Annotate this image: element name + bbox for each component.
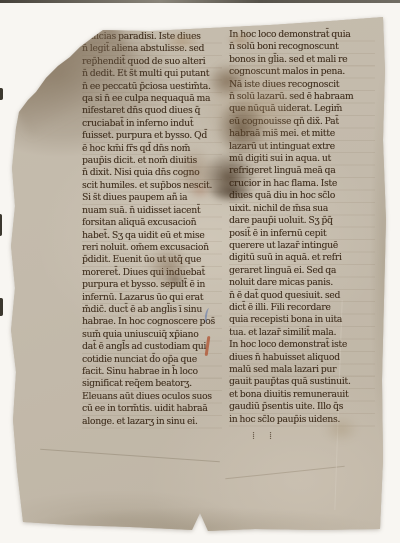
manuscript-text-line: gauit paup̄tas quā sustinuit. [229,376,375,388]
manuscript-text-line: n̄ dedit. Et s̄t multi qui putant [82,68,222,80]
manuscript-text-line: rep̄hendit̄ quod de suo alteri [82,56,222,68]
manuscript-text-line: nuam suā. n̄ uidisset iacent̄ [82,205,222,217]
manuscript-text-line: querere ut lazar̄ intinguē [229,240,375,252]
manuscript-text-line: que nūquā uiderat. Legim̄ [229,103,375,115]
manuscript-photo: diuicias paradisi. Iste diuesn̄ legit̄ a… [0,0,400,543]
manuscript-text-line: geraret linguā ei. Sed qa [229,265,375,277]
manuscript-text-line: sum̄ quia uniuscuiq̄ xp̄iano [82,329,222,341]
parchment-crease-2 [225,466,344,480]
manuscript-text-line: paup̄is dicit. et nom̄ diuitis [82,155,222,167]
manuscript-text-line: forsitan aliquā excusacion̄ [82,217,222,229]
manuscript-text-line: diuicias paradisi. Iste diues [82,31,222,43]
manuscript-text-line: m̄dic̄. duct̄ ē ab angl̄is ī sinu [82,304,222,316]
manuscript-text-line: cotidie nunciat d̄o op̄a que [82,354,222,366]
manuscript-text-line: dat̄ ē angl̄s ad custodiam qui [82,341,222,353]
manuscript-text-line: n̄ legit̄ aliena abstulisse. sed [82,43,222,55]
manuscript-text-line: tua. et lazar̄ similit̄ mala. [229,327,375,339]
correction-dots: ⁞⁞ [252,429,286,442]
manuscript-text-line: facit. Sinu habrae in h̄ loco [82,366,222,378]
manuscript-text-line: n̄ solū lazarū. sed ē habraam [229,91,375,103]
text-column-left: diuicias paradisi. Iste diuesn̄ legit̄ a… [82,31,222,429]
manuscript-text-line: infernū. Lazarus ūo qui erat [82,292,222,304]
manuscript-text-line: nifestaret dn̄s quod diues q̄ [82,105,222,117]
manuscript-text-line: p̄didit. Euenit ūo ut utq̄ que [82,254,222,266]
manuscript-text-line: In hoc loco demonstrat̄ quia [229,29,375,41]
manuscript-text-line: uixit. nichil de m̄sa sua [229,203,375,215]
manuscript-text-line: dict̄ ē illi. Fili recordare [229,302,375,314]
manuscript-text-line: n̄ solū boni recognoscunt [229,41,375,53]
manuscript-text-line: cruciabat̄ in inferno indut̄ [82,118,222,130]
manuscript-text-line: crucior in hac flama. Iste [229,178,375,190]
manuscript-text-line: habraā mis̄ mei. et mitte [229,128,375,140]
manuscript-text-line: In hoc loco demonstrat̄ iste [229,339,375,351]
manuscript-text-line: ē hoc km̄i fr̄s qd̄ dn̄s nom̄ [82,143,222,155]
manuscript-text-line: refrigeret linguā meā qa [229,165,375,177]
manuscript-leaf-wrapper: diuicias paradisi. Iste diuesn̄ legit̄ a… [0,0,400,543]
manuscript-text-line: reri noluit. om̄em excusacion̄ [82,242,222,254]
manuscript-text-line: alonge. et lazarʒ in sinu ei. [82,416,222,428]
manuscript-text-line: quia recepisti bona in uita [229,314,375,326]
manuscript-text-line: eū cognouisse qn̄ dix̄. Pat̄ [229,116,375,128]
manuscript-text-line: noluit dare micas panis. [229,277,375,289]
manuscript-text-line: digitū suū in aquā. et refri [229,252,375,264]
parchment-crease-1 [40,449,220,463]
manuscript-text-line: Nā iste diues recognoscit [229,79,375,91]
manuscript-text-line: et bona diuitis remunerauit [229,389,375,401]
manuscript-text-line: purpura et bysso. sepult̄ ē in [82,279,222,291]
manuscript-text-line: cū ee in torm̄tis. uidit habraā [82,403,222,415]
manuscript-text-line: moreret̄. Diues qui induebat̄ [82,267,222,279]
manuscript-text-line: diues quā diu in hoc sc̄lo [229,190,375,202]
text-column-right: In hoc loco demonstrat̄ quian̄ solū boni… [229,29,375,427]
manuscript-text-line: in hoc sc̄lo paup̄is uidens. [229,414,375,426]
manuscript-text-line: n̄ ee peccatū p̄ciosa uestim̄ta. [82,81,222,93]
manuscript-text-line: dare paup̄i uoluit. Sʒ p̄q̄ [229,215,375,227]
manuscript-text-line: Si s̄t diues paupem añ ia [82,192,222,204]
manuscript-text-line: cognoscunt malos in pena. [229,66,375,78]
manuscript-text-line: bonos in gl̄ia. sed et mali re [229,54,375,66]
manuscript-text-line: habet̄. Sʒ qa uidit eū et mise [82,230,222,242]
manuscript-text-line: Eleuans aūt diues oculos suos [82,391,222,403]
manuscript-text-line: fuisset. purpura et bysso. Qd̄ [82,130,222,142]
manuscript-text-line: n̄ dixit. Nisi quia dn̄s cogno [82,167,222,179]
manuscript-text-line: posit̄ ē in infernū cepit [229,228,375,240]
manuscript-text-line: mū digiti sui in aqua. ut [229,153,375,165]
manuscript-text-line: gaudiū p̄sentis uite. Illo q̄s [229,401,375,413]
manuscript-text-line: n̄ ē dat̄ quod quesiuit. sed [229,290,375,302]
manuscript-text-line: diues n̄ habuisset aliquod [229,352,375,364]
manuscript-text-line: significat req̄em beatorʒ. [82,378,222,390]
manuscript-text-line: habrae. In hoc cognoscere pos̄ [82,316,222,328]
manuscript-text-line: scit humiles. et sup̄bos nescit. [82,180,222,192]
manuscript-text-line: qa si n̄ ee culpa nequaquā ma [82,93,222,105]
manuscript-text-line: malū sed mala lazari pur [229,364,375,376]
manuscript-text-line: lazarū ut intinguat extre [229,141,375,153]
manuscript-leaf: diuicias paradisi. Iste diuesn̄ legit̄ a… [0,0,400,543]
